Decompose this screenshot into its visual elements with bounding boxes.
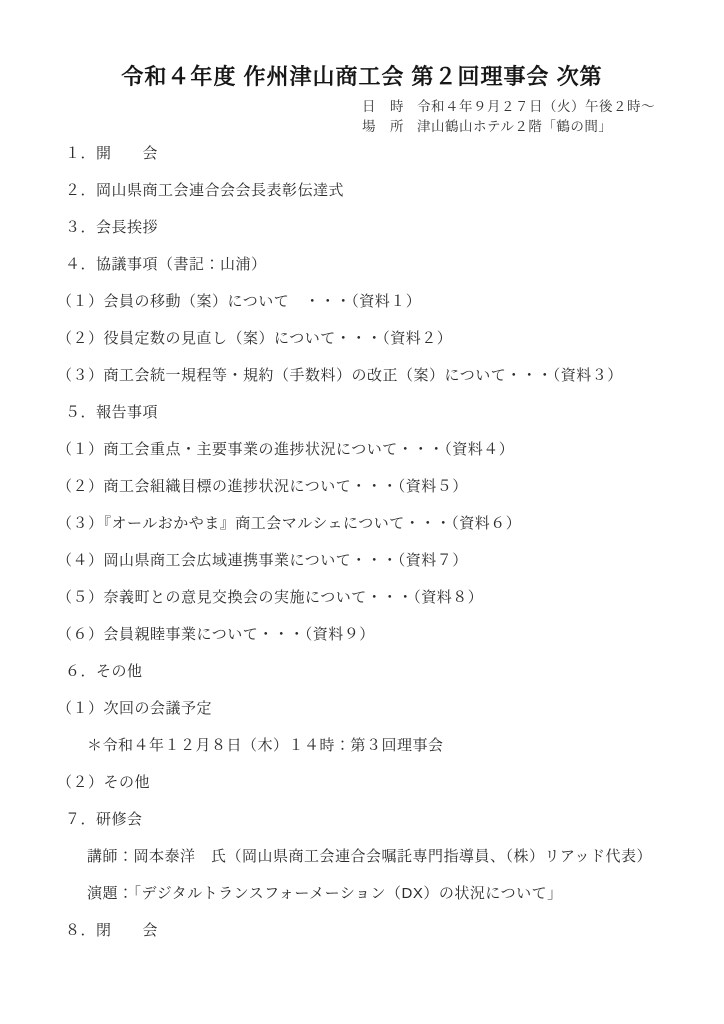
meeting-date-label: 日 時 xyxy=(362,99,404,114)
agenda-line: ７．研修会 xyxy=(0,800,724,837)
agenda-line: ８．閉 会 xyxy=(0,911,724,948)
page-title: 令和４年度 作州津山商工会 第２回理事会 次第 xyxy=(0,62,724,92)
agenda-line: 演題：「デジタルトランスフォーメーション（DX）の状況について」 xyxy=(0,874,724,911)
agenda-line: （２）商工会組織目標の進捗状況について・・・（資料５） xyxy=(0,467,724,504)
agenda-line: ６．その他 xyxy=(0,652,724,689)
agenda-line: ＊令和４年１２月８日（木）１４時：第３回理事会 xyxy=(0,726,724,763)
agenda-line: （１）次回の会議予定 xyxy=(0,689,724,726)
agenda-line: （６）会員親睦事業について・・・（資料９） xyxy=(0,615,724,652)
meeting-date-value: 令和４年９月２７日（火）午後２時～ xyxy=(417,99,655,114)
agenda-line: （３）商工会統一規程等・規約（手数料）の改正（案）について・・・（資料３） xyxy=(0,356,724,393)
meeting-place-label: 場 所 xyxy=(362,119,404,134)
agenda-line: （１）会員の移動（案）について ・・・（資料１） xyxy=(0,282,724,319)
agenda-line: （２）その他 xyxy=(0,763,724,800)
agenda-line: 講師：岡本泰洋 氏（岡山県商工会連合会嘱託専門指導員、（株）リアッド代表） xyxy=(0,837,724,874)
agenda-line: （３）『オールおかやま』商工会マルシェについて・・・（資料６） xyxy=(0,504,724,541)
agenda-line: ２．岡山県商工会連合会会長表彰伝達式 xyxy=(0,171,724,208)
agenda-line: １．開 会 xyxy=(0,134,724,171)
agenda-line: （２）役員定数の見直し（案）について・・・（資料２） xyxy=(0,319,724,356)
agenda-list: １．開 会２．岡山県商工会連合会会長表彰伝達式３．会長挨拶４．協議事項（書記：山… xyxy=(0,134,724,948)
meeting-meta: 日 時令和４年９月２７日（火）午後２時～ 場 所津山鶴山ホテル２階「鶴の間」 xyxy=(362,97,655,137)
agenda-line: ５．報告事項 xyxy=(0,393,724,430)
agenda-line: （４）岡山県商工会広域連携事業について・・・（資料７） xyxy=(0,541,724,578)
agenda-line: （５）奈義町との意見交換会の実施について・・・（資料８） xyxy=(0,578,724,615)
agenda-line: ４．協議事項（書記：山浦） xyxy=(0,245,724,282)
meeting-date-line: 日 時令和４年９月２７日（火）午後２時～ xyxy=(362,97,655,117)
meeting-place-value: 津山鶴山ホテル２階「鶴の間」 xyxy=(417,119,612,134)
agenda-line: （１）商工会重点・主要事業の進捗状況について・・・（資料４） xyxy=(0,430,724,467)
agenda-line: ３．会長挨拶 xyxy=(0,208,724,245)
document-page: 令和４年度 作州津山商工会 第２回理事会 次第 日 時令和４年９月２７日（火）午… xyxy=(0,0,724,1024)
